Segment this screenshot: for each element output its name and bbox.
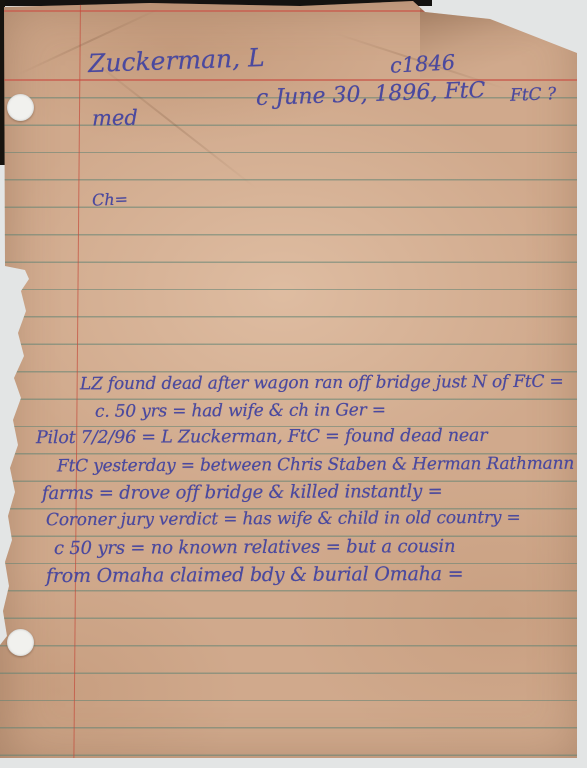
note-line: c. 50 yrs = had wife & ch in Ger = (95, 400, 386, 422)
paper-sheet: Zuckerman, L c1846 c June 30, 1896, FtC … (0, 0, 587, 768)
note-line: from Omaha claimed bdy & burial Omaha = (46, 563, 464, 587)
place-query-note: FtC ? (510, 84, 557, 106)
birth-year-note: c1846 (389, 50, 455, 77)
note-line: Coroner jury verdict = has wife & child … (46, 508, 521, 530)
red-header-line-top (0, 10, 587, 12)
red-header-line-second (0, 79, 587, 81)
note-line: Pilot 7/2/96 = L Zuckerman, FtC = found … (36, 426, 488, 448)
note-line: FtC yesterday = between Chris Staben & H… (57, 454, 574, 477)
note-line: c 50 yrs = no known relatives = but a co… (54, 536, 455, 559)
note-line: farms = drove off bridge & killed instan… (42, 481, 443, 504)
note-line: LZ found dead after wagon ran off bridge… (80, 372, 564, 395)
punch-hole-bottom (7, 629, 34, 656)
marriage-label: med (92, 106, 138, 131)
children-label: Ch= (92, 189, 129, 209)
surname-entry: Zuckerman, L (88, 43, 265, 78)
punch-hole-top (7, 94, 34, 121)
scanned-document-page: Zuckerman, L c1846 c June 30, 1896, FtC … (0, 0, 587, 768)
